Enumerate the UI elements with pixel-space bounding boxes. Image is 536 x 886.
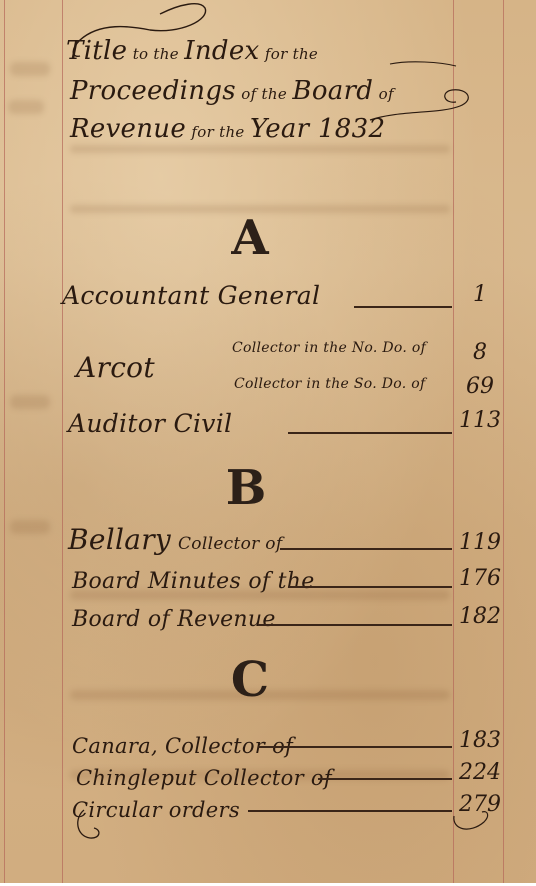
bleed-through-stain bbox=[10, 395, 50, 409]
entry-subheading: Collector of bbox=[178, 534, 282, 554]
index-entry: Chingleput Collector of bbox=[62, 756, 453, 792]
entry-subheading: Collector in the No. Do. of bbox=[232, 340, 426, 356]
leader-line bbox=[248, 810, 452, 812]
title-word: Proceedings bbox=[70, 76, 236, 106]
entry-page-number: 224 bbox=[455, 760, 505, 785]
entry-page-number: 183 bbox=[455, 728, 505, 753]
index-entry: Board of Revenue bbox=[62, 598, 453, 634]
margin-rule-left-outer bbox=[4, 0, 5, 883]
page-number-flourish bbox=[450, 808, 494, 836]
index-entry: Canara, Collector of bbox=[62, 724, 453, 760]
bleed-through-stain bbox=[70, 145, 450, 153]
index-entry: Collector in the So. Do. of bbox=[62, 372, 453, 408]
index-entry: Bellary Collector of bbox=[62, 522, 453, 558]
title-word: for the bbox=[265, 45, 318, 63]
leader-line bbox=[280, 548, 452, 550]
manuscript-page: Title to the Index for the Proceedings o… bbox=[0, 0, 536, 883]
title-word: Title bbox=[66, 36, 127, 66]
title-line-1: Title to the Index for the bbox=[66, 36, 318, 66]
title-line-3: Revenue for the Year 1832 bbox=[70, 114, 385, 144]
entry-page-number: 113 bbox=[455, 408, 505, 433]
title-word: for the bbox=[191, 123, 244, 141]
entry-page-number: 1 bbox=[455, 282, 505, 307]
title-word: of the bbox=[241, 85, 287, 103]
entry-page-number: 176 bbox=[455, 566, 505, 591]
leader-line bbox=[258, 746, 452, 748]
index-entry: Arcot Collector in the No. Do. of bbox=[62, 340, 453, 376]
entry-name: Board of Revenue bbox=[72, 607, 276, 632]
entry-name: Board Minutes of the bbox=[72, 569, 315, 594]
section-letter-b: B bbox=[226, 460, 267, 516]
entry-name: Chingleput Collector of bbox=[76, 766, 332, 790]
entry-name: Bellary bbox=[68, 523, 171, 556]
title-word: to the bbox=[133, 45, 179, 63]
entry-page-number: 182 bbox=[455, 604, 505, 629]
entry-page-number: 8 bbox=[455, 340, 505, 365]
index-entry: Circular orders bbox=[62, 788, 453, 824]
entry-name: Accountant General bbox=[62, 281, 320, 310]
leader-line bbox=[354, 306, 452, 308]
leader-line bbox=[258, 624, 452, 626]
index-entry: Auditor Civil bbox=[62, 404, 453, 440]
section-letter-c: C bbox=[231, 652, 269, 708]
title-flourish-right bbox=[360, 50, 480, 140]
bottom-flourish bbox=[70, 808, 110, 844]
entry-subheading: Collector in the So. Do. of bbox=[234, 376, 425, 392]
title-line-2: Proceedings of the Board of bbox=[70, 76, 394, 106]
section-letter-a: A bbox=[231, 210, 268, 266]
bleed-through-stain bbox=[10, 62, 50, 76]
index-entry: Board Minutes of the bbox=[62, 560, 453, 596]
index-entry: Accountant General bbox=[62, 276, 453, 312]
entry-page-number: 119 bbox=[455, 530, 505, 555]
leader-line bbox=[288, 432, 452, 434]
leader-line bbox=[318, 778, 452, 780]
title-word: Index bbox=[184, 36, 259, 66]
bleed-through-stain bbox=[10, 520, 50, 534]
title-word: Revenue bbox=[70, 114, 186, 144]
leader-line bbox=[288, 586, 452, 588]
bleed-through-stain bbox=[8, 100, 44, 114]
entry-name: Auditor Civil bbox=[68, 409, 232, 438]
entry-page-number: 69 bbox=[455, 374, 505, 399]
